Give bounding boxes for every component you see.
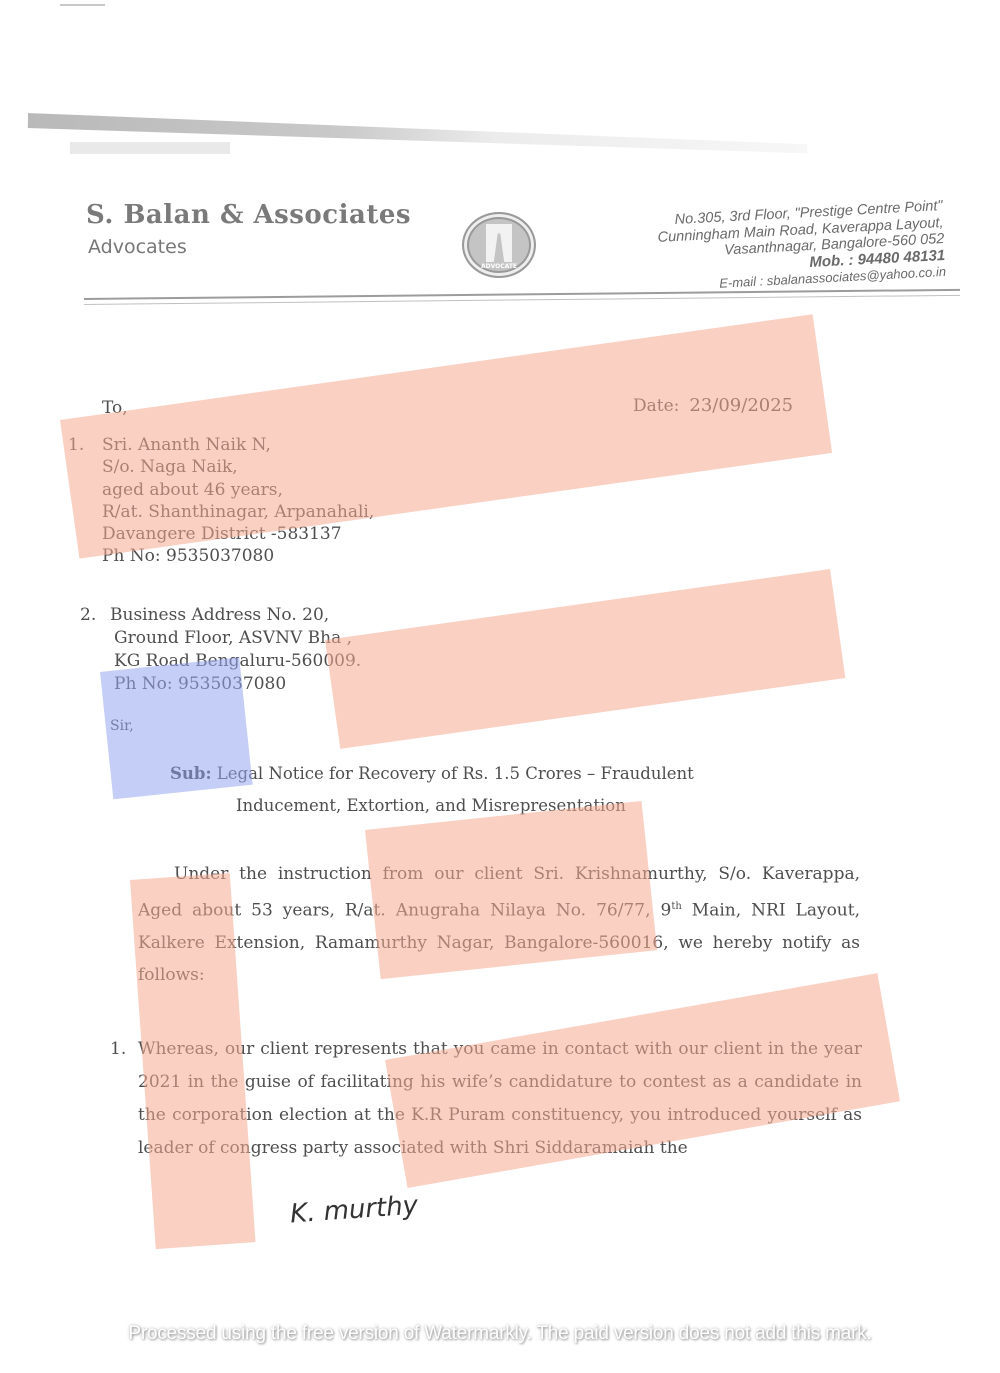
redaction-overlay bbox=[325, 569, 845, 749]
firm-subtitle: Advocates bbox=[88, 236, 187, 258]
firm-name: S. Balan & Associates bbox=[86, 200, 411, 230]
address-line: Ground Floor, ASVNV Bha , bbox=[80, 627, 361, 650]
torn-paper-shadow bbox=[70, 142, 230, 154]
recipient-number: 2. bbox=[80, 604, 110, 627]
advocate-emblem-icon: ADVOCATE bbox=[462, 212, 536, 278]
address-line: Business Address No. 20, bbox=[110, 605, 329, 625]
letterhead-divider bbox=[84, 289, 960, 305]
scan-artifact bbox=[60, 4, 105, 6]
redaction-overlay bbox=[60, 314, 832, 558]
redaction-overlay bbox=[365, 801, 657, 979]
redaction-overlay-blue bbox=[100, 657, 253, 799]
subject-line-1: Legal Notice for Recovery of Rs. 1.5 Cro… bbox=[217, 764, 694, 783]
clause-number: 1. bbox=[110, 1033, 126, 1066]
watermark-text: Processed using the free version of Wate… bbox=[0, 1323, 1000, 1345]
robe-icon bbox=[486, 224, 512, 262]
handwritten-signature: K. murthy bbox=[289, 1191, 419, 1230]
logo-label: ADVOCATE bbox=[474, 263, 524, 270]
firm-address-block: No.305, 3rd Floor, "Prestige Centre Poin… bbox=[656, 198, 946, 295]
ordinal-suffix: th bbox=[671, 901, 681, 912]
